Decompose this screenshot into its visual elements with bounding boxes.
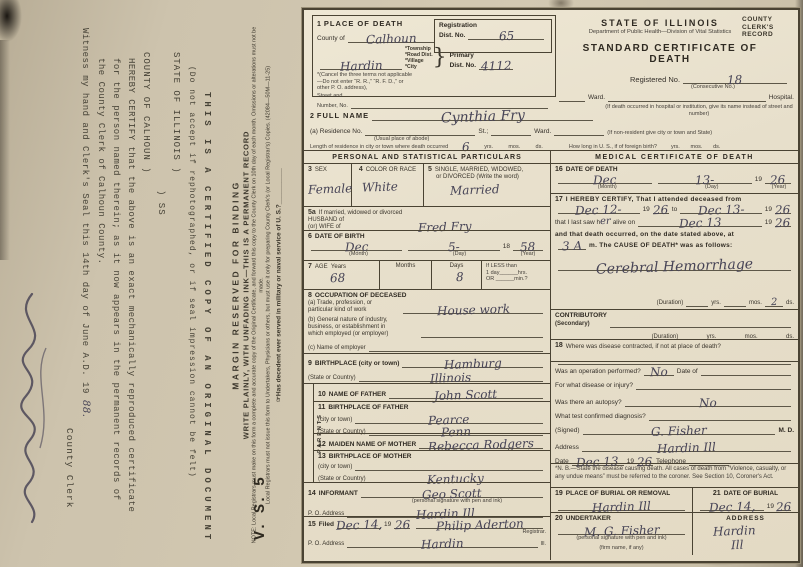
street-label: Street and	[317, 93, 342, 100]
contributory-label: CONTRIBUTORY	[555, 312, 607, 319]
full-name-value: Cynthia Fry	[440, 111, 524, 124]
filed-year-value: 26	[394, 520, 410, 531]
occupation-label: OCCUPATION OF DECEASED	[315, 292, 407, 299]
state-title: STATE OF ILLINOIS	[570, 18, 750, 28]
age-label: AGE	[315, 264, 328, 270]
clerk-signature	[2, 288, 60, 528]
birthplace-label: BIRTHPLACE (city or town)	[315, 360, 400, 367]
registration-district-value: 65	[498, 31, 514, 42]
date-of-burial-value: Dec 14,	[709, 501, 756, 513]
dist-no-label: Dist. No.	[439, 32, 465, 40]
father-name-value: John Scott	[434, 389, 497, 401]
consecutive-no-label: (Consecutive No.)	[668, 84, 758, 91]
where-contracted-label: Where was disease contracted, if not at …	[566, 343, 721, 350]
registered-no-value: 18	[727, 74, 743, 85]
personal-particulars-column: PERSONAL AND STATISTICAL PARTICULARS 3SE…	[304, 151, 551, 560]
age-days-label: Days	[436, 263, 477, 270]
last-saw-value: Dec 13	[678, 217, 721, 228]
city-value: Hardin	[340, 60, 383, 71]
physician-address: Hardin Ill	[657, 442, 716, 454]
death-certificate-form: 1PLACE OF DEATH Registration Dist. No. 6…	[302, 8, 800, 563]
form-columns: PERSONAL AND STATISTICAL PARTICULARS 3SE…	[304, 150, 798, 560]
cause-of-death-value: Cerebral Hemorrhage	[596, 259, 753, 274]
registrar-signature: Philip Aderton	[436, 518, 524, 531]
autopsy-label: Was there an autopsy?	[555, 399, 622, 407]
scanned-death-certificate: { "common": {"pre19": "19", "pre18": "18…	[0, 0, 803, 567]
undertaker-signature: M. G. Fisher	[584, 525, 660, 538]
autopsy-value: No	[699, 398, 717, 409]
medical-certificate-column: MEDICAL CERTIFICATE OF DEATH 16DATE OF D…	[551, 151, 798, 560]
personal-header: PERSONAL AND STATISTICAL PARTICULARS	[304, 151, 550, 163]
county-value: Calhoun	[365, 33, 416, 45]
operation-label: Was an operation performed?	[555, 368, 641, 376]
operation-value: No	[650, 367, 668, 378]
informant-value: Geo Scott	[422, 488, 482, 500]
father-birthplace-label: BIRTHPLACE OF FATHER	[328, 404, 408, 411]
hospital-note: (If death occurred in hospital or instit…	[604, 104, 794, 117]
age-years-value: 68	[330, 273, 346, 284]
dod-month-value: Dec	[593, 175, 617, 186]
dob-label: DATE OF BIRTH	[315, 233, 365, 240]
hospital-label: Hospital.	[769, 94, 794, 102]
ss-line: ) SS	[154, 0, 168, 567]
husband-wife-label: If married, widowed or divorced	[319, 210, 402, 216]
registration-district-box: Registration Dist. No. 65	[434, 19, 552, 53]
filed-date-value: Dec 14,	[336, 519, 383, 531]
residence-label: (a) Residence No.	[310, 128, 362, 136]
place-of-burial-value: Hardin Ill	[592, 501, 651, 513]
hereby-certify-text: HEREBY CERTIFY that the above is an exac…	[93, 0, 138, 565]
registrar-address-value: Hardin	[421, 538, 464, 549]
color-race-value: White	[362, 181, 398, 192]
witness-line: Witness my hand and Clerk's Seal this 14…	[78, 0, 92, 567]
form-number-vs5: V. S. 5	[252, 466, 278, 540]
registered-no-label: Registered No.	[630, 75, 680, 84]
dod-year-value: 26	[770, 175, 786, 186]
ward-label: Ward.	[588, 94, 605, 102]
dob-year-value: 58	[520, 242, 536, 253]
county-of-label: County of	[317, 35, 345, 43]
margin-reserved-line: MARGIN RESERVED FOR BINDING	[231, 13, 242, 558]
county-clerk-label: County Clerk	[61, 0, 77, 567]
dob-day-value: 5-	[448, 242, 460, 252]
birthplace-state-value: Illinois	[430, 372, 472, 383]
primary-district-value: 4112	[481, 60, 512, 71]
stamp-year-handwritten: 88.	[80, 400, 90, 417]
attended-from-value: Dec 12-	[575, 204, 622, 216]
age-days-value: 8	[456, 272, 464, 282]
sex-label: SEX	[315, 167, 327, 173]
form-header: COUNTY CLERK'S RECORD STATE OF ILLINOIS …	[560, 14, 796, 90]
place-of-death-box: 1PLACE OF DEATH Registration Dist. No. 6…	[312, 15, 556, 97]
father-name-label: NAME OF FATHER	[329, 391, 386, 398]
scan-smudge	[0, 40, 10, 260]
dob-month-value: Dec	[345, 242, 369, 253]
informant-label: INFORMANT	[319, 490, 358, 497]
birthplace-value: Hamburg	[444, 358, 502, 370]
place-of-burial-label: PLACE OF BURIAL OR REMOVAL	[566, 490, 670, 497]
full-name-label: FULL NAME	[317, 111, 369, 120]
undertaker-address-value2: Ill	[731, 540, 744, 550]
color-race-label: COLOR OR RACE	[366, 167, 416, 173]
county-of-calhoun-line: COUNTY OF CALHOUN )	[139, 0, 153, 567]
department-line: Department of Public Health—Division of …	[570, 29, 750, 36]
state-of-illinois-line: STATE OF ILLINOIS )	[169, 0, 183, 567]
hour-of-death-value: 3 A	[562, 241, 582, 252]
nonresident-note: (If non-resident give city or town and S…	[607, 130, 712, 137]
write-plainly-line: WRITE PLAINLY, WITH UNFADING INK—THIS IS…	[242, 13, 252, 558]
hereby-certify-label: I HEREBY CERTIFY, That I attended deceas…	[566, 196, 742, 203]
undertaker-address-value1: Hardin	[713, 525, 756, 536]
mother-name-label: MAIDEN NAME OF MOTHER	[329, 441, 416, 448]
certified-copy-line: THIS IS A CERTIFIED COPY OF AN ORIGINAL …	[199, 0, 214, 567]
marital-label: SINGLE, MARRIED, WIDOWED,	[435, 167, 523, 173]
coroner-footnote: *N. B.—State the disease causing death. …	[551, 463, 798, 487]
township-terms: *Township *Road Dist. *Village *City	[405, 46, 433, 70]
place-of-death-label: PLACE OF DEATH	[324, 19, 403, 28]
dod-day-value: 13-	[695, 175, 715, 186]
filed-label: Filed	[319, 521, 334, 528]
mother-birthplace-label: BIRTHPLACE OF MOTHER	[329, 453, 412, 460]
injury-label: For what disease or injury?	[555, 382, 633, 390]
employer-label: (c) Name of employer	[308, 345, 366, 352]
parents-group: PARENTS 10NAME OF FATHER John Scott 11BI…	[304, 383, 550, 482]
marital-value: Married	[450, 184, 500, 196]
certify-block: 17I HEREBY CERTIFY, That I attended dece…	[551, 193, 798, 297]
occupation-value: House work	[436, 304, 509, 317]
physician-signature: G. Fisher	[651, 425, 707, 437]
attended-to-value: Dec 13-	[698, 204, 745, 216]
age-months-label: Months	[384, 263, 427, 270]
do-not-accept-line: (Do not accept if rephotographed, or if …	[184, 0, 198, 567]
county-clerks-record: COUNTY CLERK'S RECORD	[742, 16, 794, 39]
certificate-title: STANDARD CERTIFICATE OF DEATH	[560, 43, 780, 65]
undertaker-address-label: ADDRESS	[697, 515, 794, 523]
registration-label: Registration	[439, 22, 547, 30]
sex-value: Female	[308, 183, 353, 195]
duration-days-value: 2	[771, 298, 778, 308]
medical-header: MEDICAL CERTIFICATE OF DEATH	[551, 151, 798, 163]
date-of-burial-label: DATE OF BURIAL	[724, 490, 778, 497]
